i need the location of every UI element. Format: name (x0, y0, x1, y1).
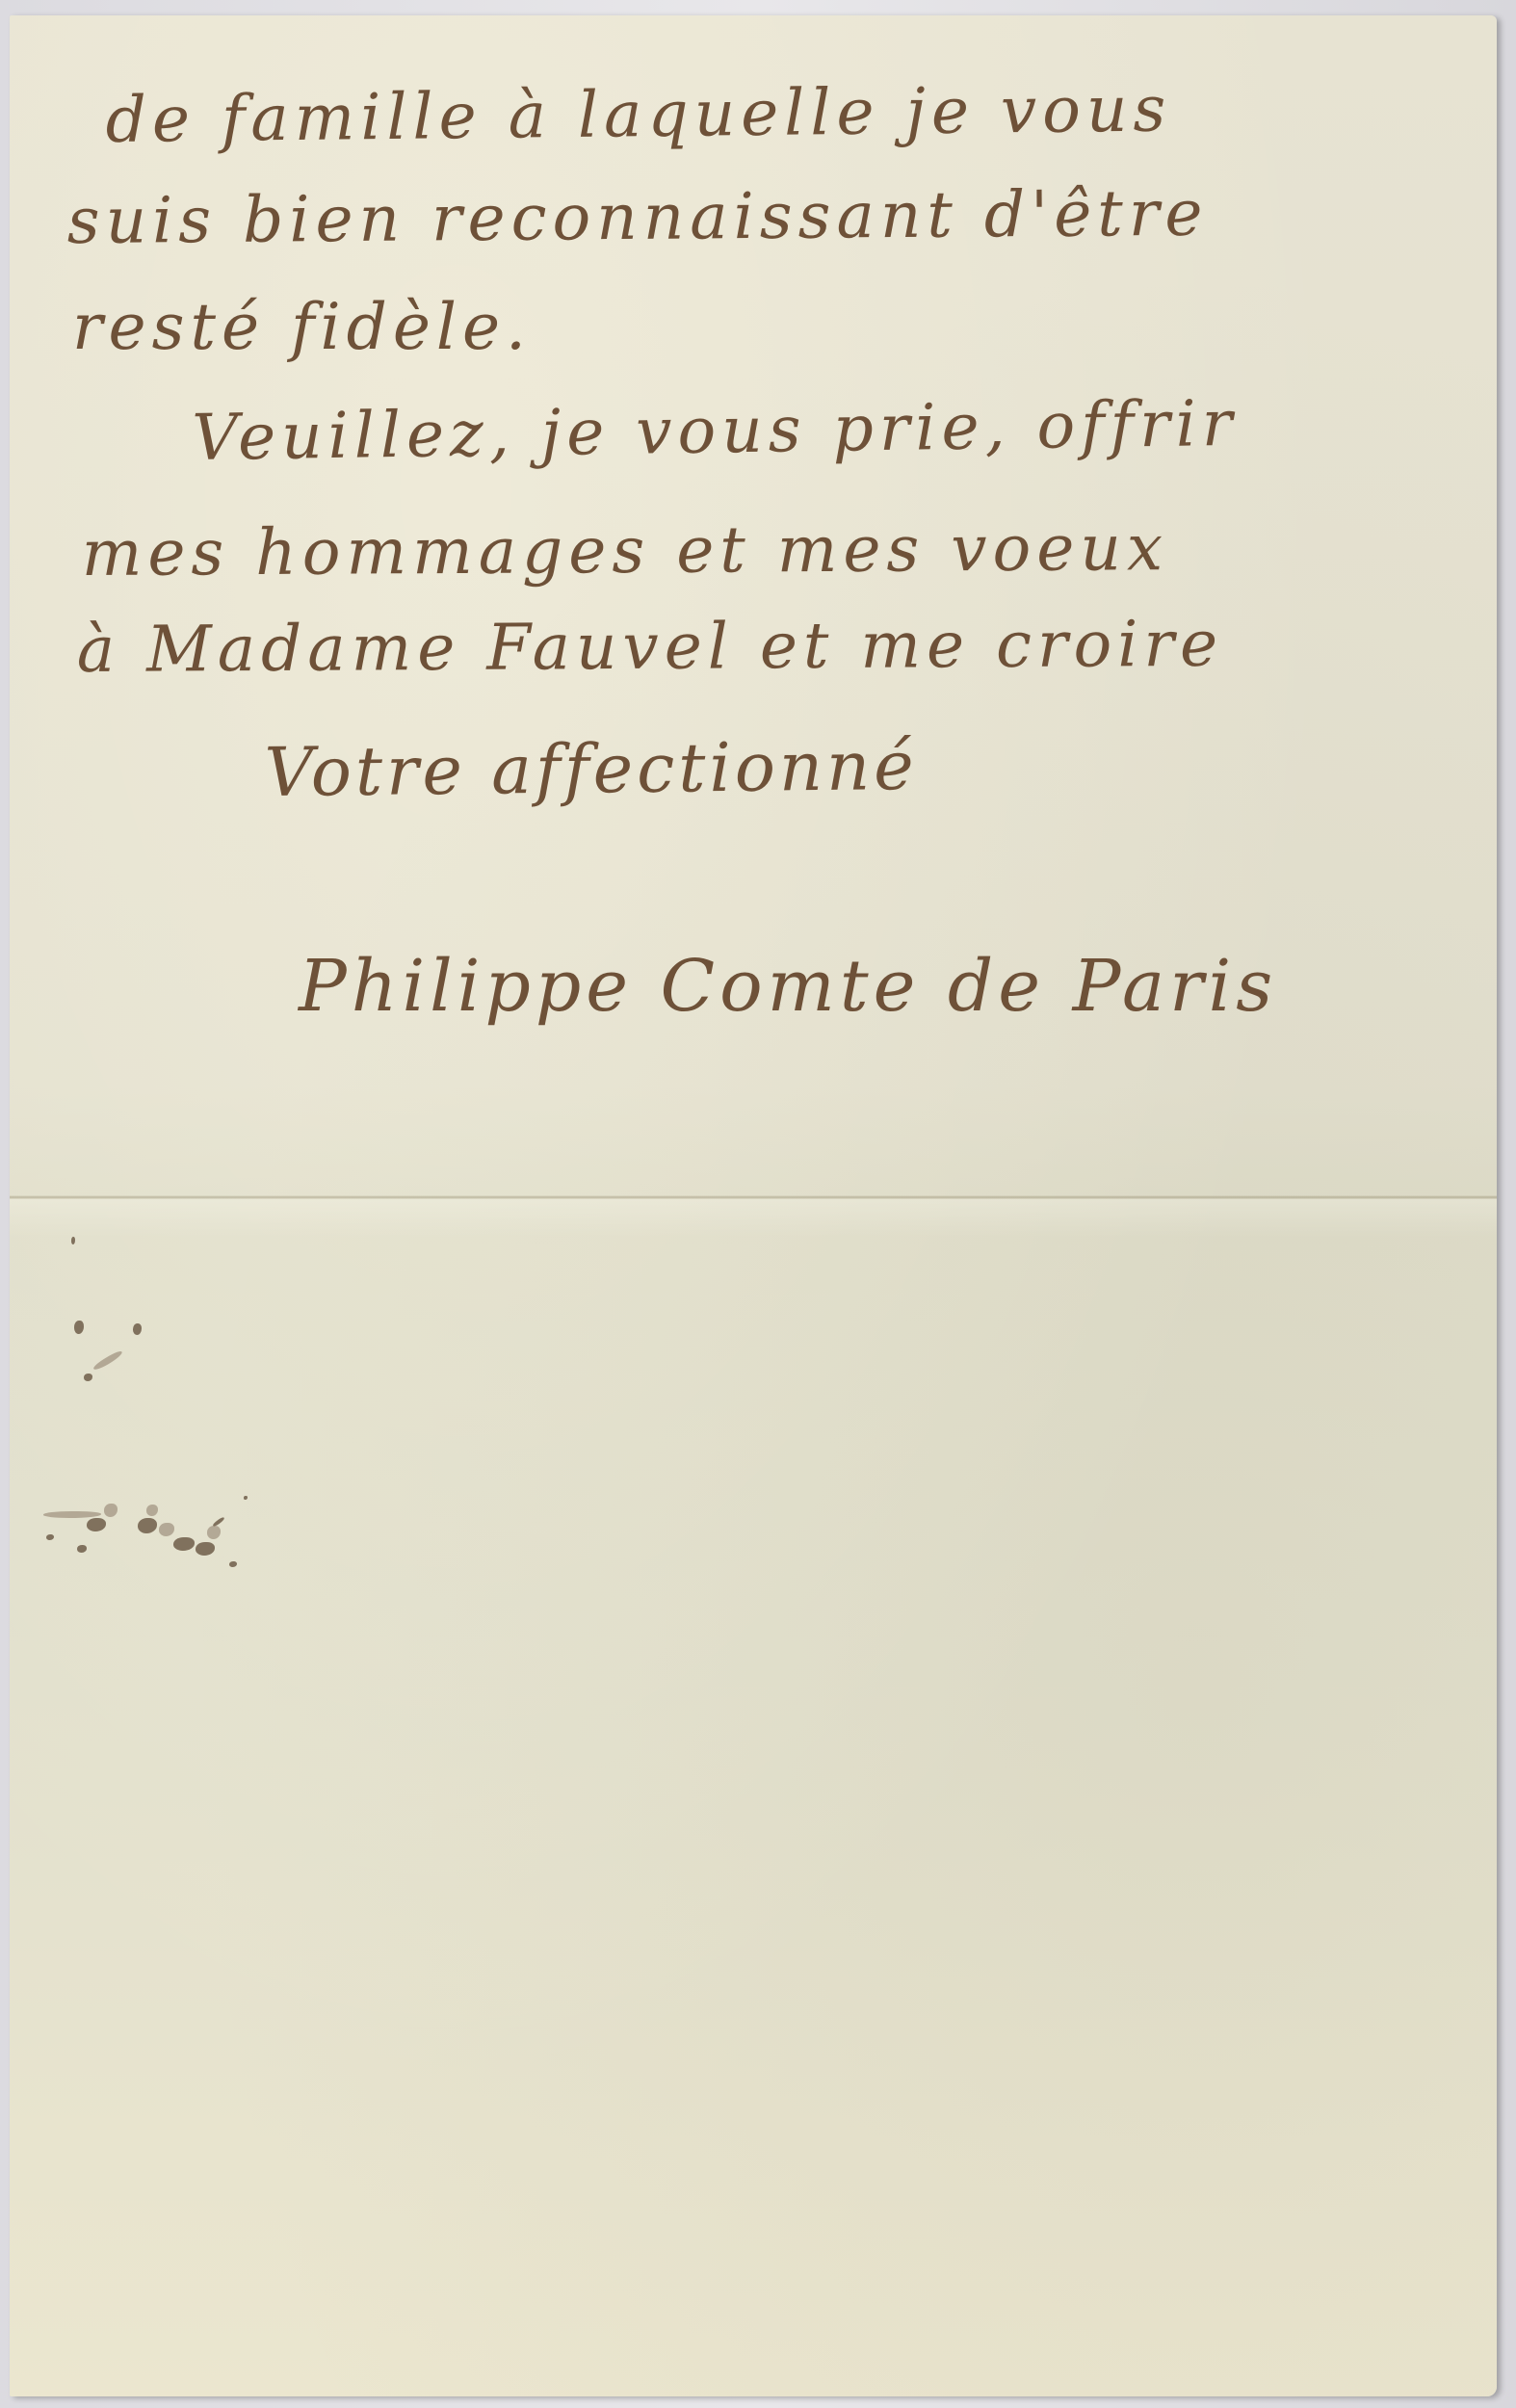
letter-signature: Philippe Comte de Paris (299, 945, 1277, 1028)
letter-line-5: mes hommages et mes voeux (82, 510, 1169, 590)
letter-sheet: de famille à laquelle je vous suis bien … (10, 15, 1497, 2396)
letter-closing: Votre affectionné (264, 726, 918, 812)
letter-line-4: Veuillez, je vous prie, offrir (192, 386, 1239, 475)
letter-line-3: resté fidèle. (72, 290, 532, 364)
letter-line-6: à Madame Fauvel et me croire (77, 607, 1224, 687)
letter-line-1: de famille à laquelle je vous (105, 71, 1172, 157)
letter-line-2: suis bien reconnaissant d'être (66, 176, 1208, 258)
paper-fold-shade (10, 1199, 1497, 1238)
